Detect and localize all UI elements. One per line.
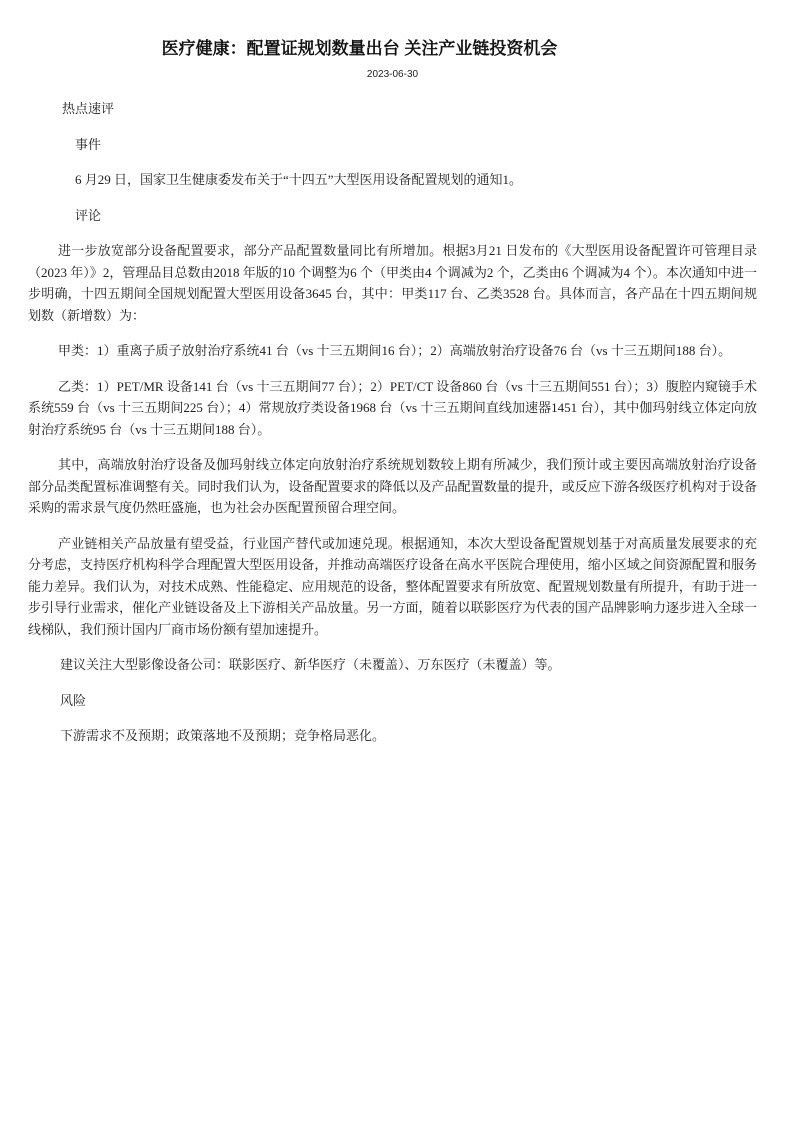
page-title: 医疗健康：配置证规划数量出台 关注产业链投资机会 [28,38,757,59]
section-label: 热点速评 [28,98,757,120]
comment-paragraph-analysis: 其中，高端放射治疗设备及伽玛射线立体定向放射治疗系统规划数较上期有所减少，我们预… [28,454,757,519]
publish-date: 2023-06-30 [28,69,757,81]
risk-heading: 风险 [28,690,757,712]
risk-paragraph: 下游需求不及预期；政策落地不及预期；竞争格局恶化。 [28,725,757,747]
comment-paragraph-class-b: 乙类：1）PET/MR 设备141 台（vs 十三五期间77 台）；2）PET/… [28,376,757,441]
comment-paragraph-recommendation: 建议关注大型影像设备公司：联影医疗、新华医疗（未覆盖）、万东医疗（未覆盖）等。 [28,654,757,676]
comment-heading: 评论 [28,205,757,227]
comment-paragraph-class-a: 甲类：1）重离子质子放射治疗系统41 台（vs 十三五期间16 台）；2）高端放… [28,340,757,362]
event-paragraph: 6 月29 日，国家卫生健康委发布关于“十四五”大型医用设备配置规划的通知1。 [28,169,757,191]
document-page: 医疗健康：配置证规划数量出台 关注产业链投资机会 2023-06-30 热点速评… [0,0,793,1122]
comment-paragraph-industry-chain: 产业链相关产品放量有望受益，行业国产替代或加速兑现。根据通知，本次大型设备配置规… [28,533,757,641]
comment-paragraph-overview: 进一步放宽部分设备配置要求，部分产品配置数量同比有所增加。根据3月21 日发布的… [28,240,757,326]
event-heading: 事件 [28,134,757,156]
